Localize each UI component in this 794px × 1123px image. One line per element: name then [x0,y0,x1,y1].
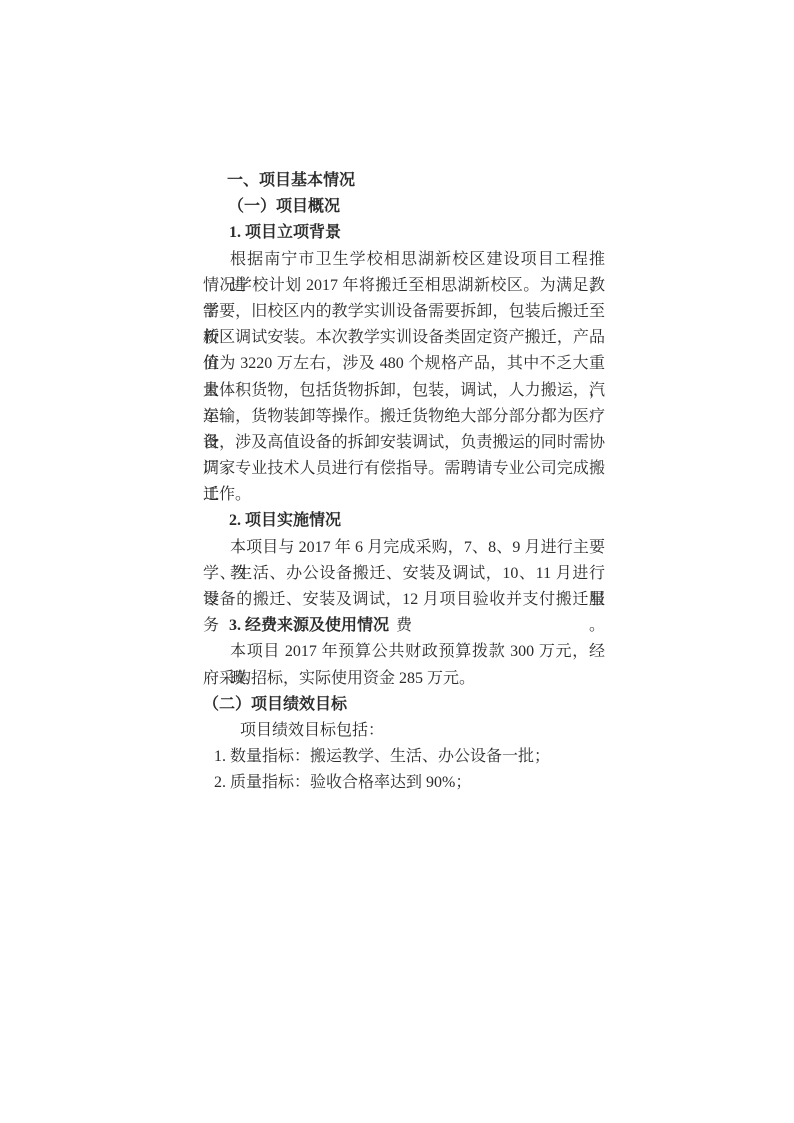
paragraph-1-line: 校区调试安装。本次教学实训设备类固定资产搬迁，产品价 [203,325,605,351]
list-item-quality: 2. 质量指标：验收合格率达到 90%； [203,770,605,796]
heading-topic-1: 1. 项目立项背景 [203,220,605,246]
paragraph-1-line: 需要，旧校区内的教学实训设备需要拆卸，包装后搬迁至新 [203,299,605,325]
paragraph-1-line: 值为 3220 万左右，涉及 480 个规格产品，其中不乏大重量， [203,351,605,377]
paragraph-1-line: 根据南宁市卫生学校相思湖新校区建设项目工程推进， [203,247,605,273]
paragraph-1-line: 大体积货物，包括货物拆卸，包装，调试，人力搬运，汽车 [203,378,605,404]
paragraph-1-line: 厂家专业技术人员进行有偿指导。需聘请专业公司完成搬迁 [203,456,605,482]
heading-topic-2: 2. 项目实施情况 [203,508,605,534]
paragraph-3-line: 府采购招标，实际使用资金 285 万元。 [203,666,605,692]
list-item-quantity: 1. 数量指标：搬运教学、生活、办公设备一批； [203,744,605,770]
paragraph-1-line: 备，涉及高值设备的拆卸安装调试，负责搬运的同时需协调 [203,430,605,456]
heading-section-1: 一、项目基本情况 [203,168,605,194]
paragraph-1-line: 运输，货物装卸等操作。搬迁货物绝大部分部分都为医疗设 [203,404,605,430]
heading-subsection-1-1: （一）项目概况 [203,194,605,220]
heading-subsection-2-1: （二）项目绩效目标 [203,692,605,718]
list-intro-line: 项目绩效目标包括： [203,718,605,744]
paragraph-3-line: 本项目 2017 年预算公共财政预算拨款 300 万元，经政 [203,639,605,665]
document-page: 一、项目基本情况（一）项目概况1. 项目立项背景根据南宁市卫生学校相思湖新校区建… [0,0,794,1123]
paragraph-1-line: 情况学校计划 2017 年将搬迁至相思湖新校区。为满足教学 [203,273,605,299]
paragraph-2-line: 设备的搬迁、安装及调试，12 月项目验收并支付搬迁服务费。 [203,587,605,613]
paragraph-1-line: 工作。 [203,482,605,508]
document-content: 一、项目基本情况（一）项目概况1. 项目立项背景根据南宁市卫生学校相思湖新校区建… [203,168,605,797]
paragraph-2-line: 学、生活、办公设备搬迁、安装及调试，10、11 月进行零星 [203,561,605,587]
paragraph-2-line: 本项目与 2017 年 6 月完成采购，7、8、9 月进行主要教 [203,535,605,561]
